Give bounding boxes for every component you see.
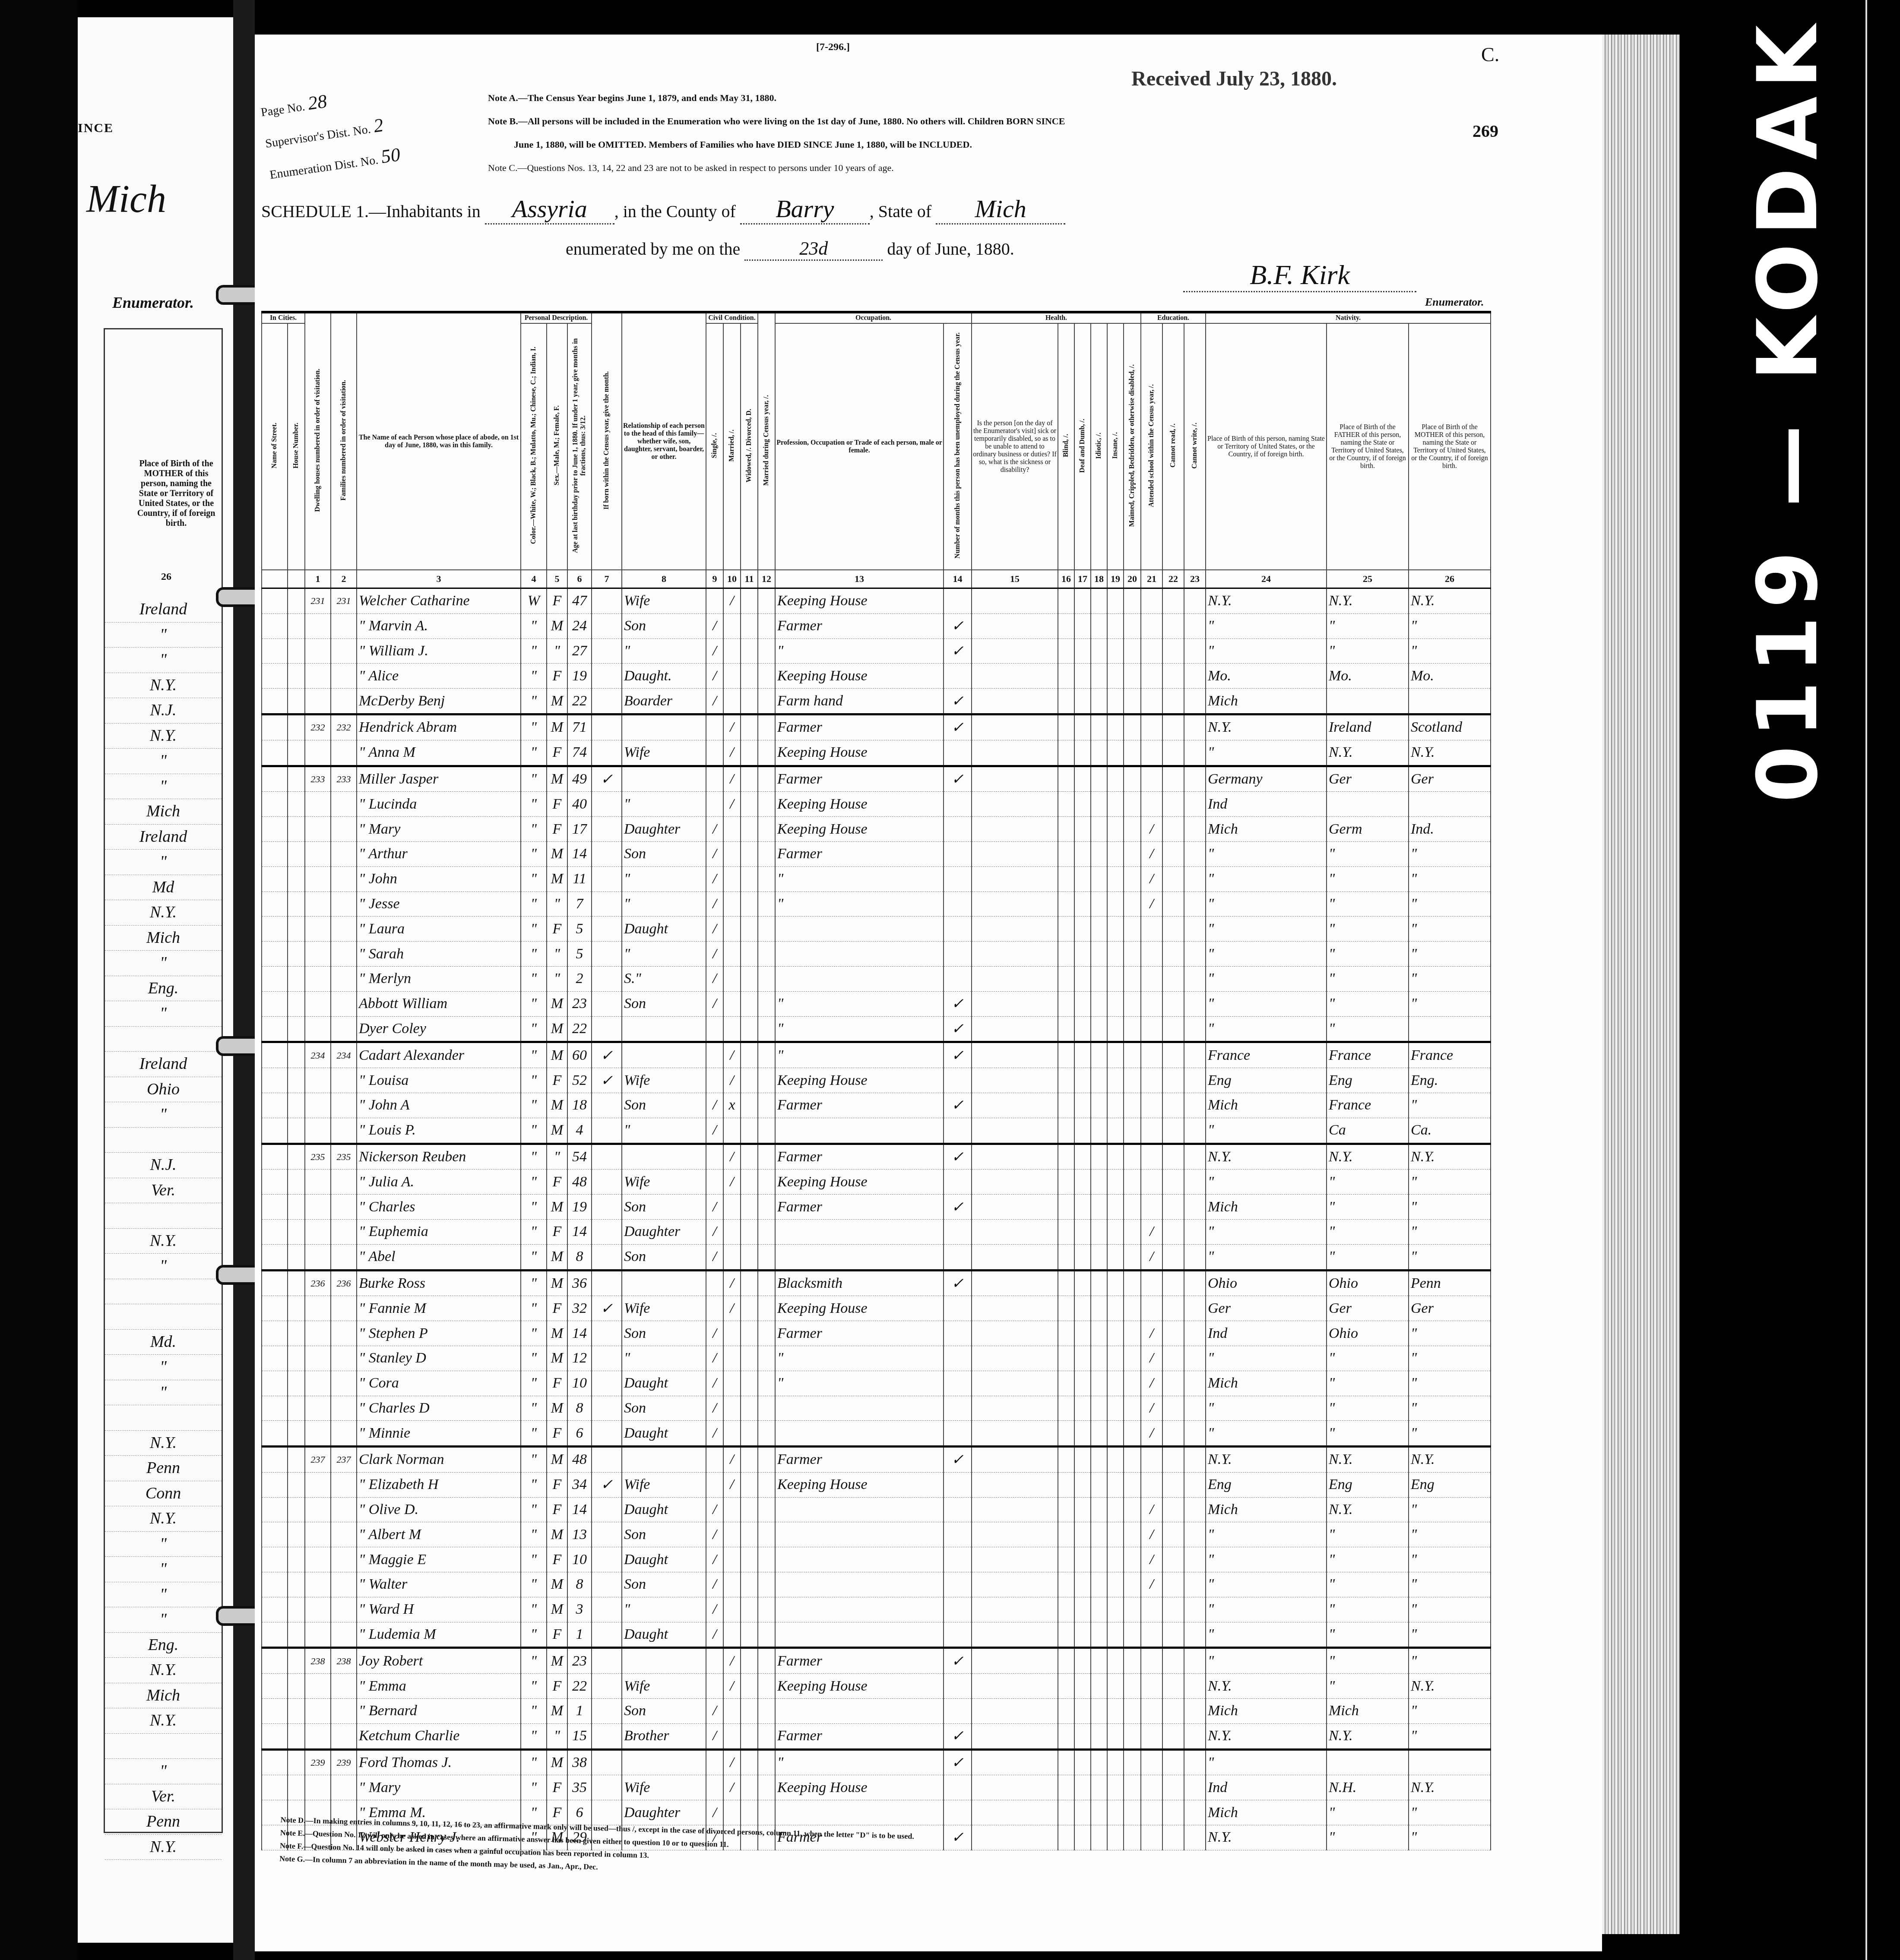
group-health: Health. bbox=[972, 312, 1141, 323]
cell-month: ✓ bbox=[592, 1042, 622, 1068]
cell-empty bbox=[1162, 1371, 1184, 1396]
supervisor-dist-value: 2 bbox=[372, 114, 385, 137]
cell-empty bbox=[758, 1195, 775, 1220]
cell-empty bbox=[1058, 1674, 1074, 1699]
cell-widowed bbox=[741, 1170, 758, 1195]
cell-occupation bbox=[775, 1219, 944, 1244]
col-birthplace-header: Place of Birth of this person, naming St… bbox=[1206, 323, 1327, 570]
cell-father: " bbox=[1327, 1421, 1409, 1447]
cell-dwelling bbox=[305, 1244, 331, 1270]
cell-sex: F bbox=[547, 1170, 567, 1195]
cell-empty bbox=[1107, 1699, 1124, 1724]
cell-widowed bbox=[741, 1244, 758, 1270]
cell-father: " bbox=[1327, 1622, 1409, 1648]
cell-empty bbox=[288, 917, 305, 942]
cell-occupation bbox=[775, 1597, 944, 1622]
cell-empty bbox=[1107, 1522, 1124, 1547]
cell-relation bbox=[622, 1144, 706, 1170]
cell-unemployed bbox=[944, 1421, 972, 1447]
cell-empty bbox=[972, 1321, 1058, 1346]
cell-single: / bbox=[706, 1597, 723, 1622]
cell-name: Burke Ross bbox=[357, 1270, 521, 1296]
cell-empty bbox=[1107, 588, 1124, 614]
cell-empty bbox=[1074, 1699, 1091, 1724]
cell-empty bbox=[972, 866, 1058, 891]
cell-father: " bbox=[1327, 866, 1409, 891]
cell-occupation bbox=[775, 1800, 944, 1825]
cell-empty bbox=[1124, 1749, 1141, 1775]
cell-empty bbox=[1124, 1648, 1141, 1674]
cell-single: / bbox=[706, 1800, 723, 1825]
cell-birth: " bbox=[1206, 740, 1327, 766]
cell-color: " bbox=[521, 664, 547, 689]
table-row: Ketchum Charlie""15Brother/Farmer✓N.Y.N.… bbox=[262, 1723, 1491, 1749]
table-row: " Louis P."M4"/"CaCa. bbox=[262, 1118, 1491, 1144]
cell-empty bbox=[288, 817, 305, 842]
cell-empty bbox=[1074, 1219, 1091, 1244]
cell-family: 238 bbox=[331, 1648, 357, 1674]
cell-family bbox=[331, 866, 357, 891]
cell-age: 60 bbox=[567, 1042, 592, 1068]
cell-school: / bbox=[1141, 1371, 1162, 1396]
cell-color: " bbox=[521, 1016, 547, 1042]
cell-empty bbox=[972, 1522, 1058, 1547]
cell-empty bbox=[1058, 1270, 1074, 1296]
table-row: Dyer Coley"M22"✓"" bbox=[262, 1016, 1491, 1042]
cell-empty bbox=[1058, 588, 1074, 614]
table-row: 236236Burke Ross"M36/Blacksmith✓OhioOhio… bbox=[262, 1270, 1491, 1296]
cell-empty bbox=[758, 766, 775, 792]
cell-empty bbox=[1074, 1800, 1091, 1825]
state-name: Mich bbox=[936, 194, 1065, 224]
cell-empty bbox=[1124, 1825, 1141, 1850]
cell-empty bbox=[1058, 942, 1074, 967]
cell-occupation: " bbox=[775, 866, 944, 891]
cell-empty bbox=[758, 664, 775, 689]
col-street-header: Name of Street. bbox=[262, 323, 288, 570]
cell-empty bbox=[1162, 664, 1184, 689]
table-row: " Louisa"F52✓Wife/Keeping HouseEngEngEng… bbox=[262, 1068, 1491, 1093]
cell-unemployed bbox=[944, 1296, 972, 1321]
cell-relation bbox=[622, 1042, 706, 1068]
cell-empty bbox=[1058, 766, 1074, 792]
cell-empty bbox=[1124, 817, 1141, 842]
cell-empty bbox=[1058, 1723, 1074, 1749]
cell-occupation: Farmer bbox=[775, 1447, 944, 1473]
cell-empty bbox=[1184, 1699, 1206, 1724]
cell-father: Germ bbox=[1327, 817, 1409, 842]
cell-empty bbox=[758, 1421, 775, 1447]
cell-empty bbox=[758, 966, 775, 991]
cell-month bbox=[592, 1497, 622, 1522]
left-page-cell: Mich bbox=[105, 799, 222, 825]
cell-dwelling: 232 bbox=[305, 714, 331, 740]
cell-school: / bbox=[1141, 1321, 1162, 1346]
cell-empty bbox=[1091, 1447, 1107, 1473]
cell-age: 52 bbox=[567, 1068, 592, 1093]
cell-month bbox=[592, 1118, 622, 1144]
cell-empty bbox=[288, 1723, 305, 1749]
cell-relation: Son bbox=[622, 1572, 706, 1597]
cell-relation: Son bbox=[622, 1699, 706, 1724]
cell-empty bbox=[1124, 792, 1141, 817]
cell-empty bbox=[1058, 1170, 1074, 1195]
cell-school bbox=[1141, 1800, 1162, 1825]
cell-empty bbox=[262, 1472, 288, 1497]
cell-empty bbox=[1091, 1497, 1107, 1522]
cell-father: " bbox=[1327, 1396, 1409, 1421]
cell-widowed bbox=[741, 1522, 758, 1547]
table-row: " Emma"F22Wife/Keeping HouseN.Y."N.Y. bbox=[262, 1674, 1491, 1699]
enumerator-label: Enumerator. bbox=[1425, 296, 1484, 309]
cell-sex: M bbox=[547, 1572, 567, 1597]
cell-empty bbox=[288, 1195, 305, 1220]
cell-single bbox=[706, 588, 723, 614]
cell-empty bbox=[288, 1270, 305, 1296]
cell-school bbox=[1141, 1699, 1162, 1724]
col-mother-birthplace-header: Place of Birth of the MOTHER of this per… bbox=[1409, 323, 1491, 570]
cell-sex: M bbox=[547, 1447, 567, 1473]
left-page-state: Mich bbox=[86, 177, 166, 221]
cell-empty bbox=[288, 1346, 305, 1371]
cell-empty bbox=[1058, 1572, 1074, 1597]
cell-empty bbox=[1091, 966, 1107, 991]
cell-empty bbox=[1091, 1648, 1107, 1674]
cell-married: / bbox=[723, 1068, 741, 1093]
col-father-birthplace-header: Place of Birth of the FATHER of this per… bbox=[1327, 323, 1409, 570]
cell-name: " Ludemia M bbox=[357, 1622, 521, 1648]
cell-empty bbox=[1058, 664, 1074, 689]
cell-empty bbox=[262, 991, 288, 1016]
cell-sex: M bbox=[547, 1699, 567, 1724]
column-number: 12 bbox=[758, 570, 775, 588]
cell-empty bbox=[1184, 1472, 1206, 1497]
cell-sex: F bbox=[547, 1472, 567, 1497]
cell-empty bbox=[1184, 1572, 1206, 1597]
cell-single: / bbox=[706, 613, 723, 639]
cell-empty bbox=[1074, 1749, 1091, 1775]
county-name: Barry bbox=[740, 194, 870, 224]
cell-empty bbox=[758, 1597, 775, 1622]
enumerator-signature: B.F. Kirk bbox=[1183, 259, 1416, 292]
cell-empty bbox=[972, 1597, 1058, 1622]
cell-name: Ford Thomas J. bbox=[357, 1749, 521, 1775]
cell-empty bbox=[972, 966, 1058, 991]
cell-empty bbox=[1124, 1244, 1141, 1270]
cell-empty bbox=[1162, 1447, 1184, 1473]
cell-mother bbox=[1409, 1016, 1491, 1042]
left-page-cell: Ver. bbox=[105, 1784, 222, 1810]
cell-color: " bbox=[521, 1346, 547, 1371]
cell-unemployed: ✓ bbox=[944, 1144, 972, 1170]
cell-empty bbox=[1058, 1547, 1074, 1572]
cell-dwelling bbox=[305, 1068, 331, 1093]
cell-empty bbox=[288, 1244, 305, 1270]
cell-age: 10 bbox=[567, 1547, 592, 1572]
cell-relation bbox=[622, 1016, 706, 1042]
cell-father: N.Y. bbox=[1327, 1144, 1409, 1170]
col-house-number-header: House Number. bbox=[288, 323, 305, 570]
cell-empty bbox=[262, 1522, 288, 1547]
cell-empty bbox=[1124, 613, 1141, 639]
cell-color: " bbox=[521, 1144, 547, 1170]
cell-sex: F bbox=[547, 664, 567, 689]
cell-unemployed: ✓ bbox=[944, 766, 972, 792]
table-row: " Stanley D"M12"/"/""" bbox=[262, 1346, 1491, 1371]
cell-school bbox=[1141, 991, 1162, 1016]
cell-family bbox=[331, 1244, 357, 1270]
cell-father: Ireland bbox=[1327, 714, 1409, 740]
column-number: 23 bbox=[1184, 570, 1206, 588]
cell-relation: Daught bbox=[622, 1421, 706, 1447]
cell-empty bbox=[1058, 1749, 1074, 1775]
cell-name: Dyer Coley bbox=[357, 1016, 521, 1042]
cell-empty bbox=[1107, 1321, 1124, 1346]
table-row: " Mary"F35Wife/Keeping HouseIndN.H.N.Y. bbox=[262, 1775, 1491, 1800]
cell-empty bbox=[1074, 1447, 1091, 1473]
cell-widowed bbox=[741, 1749, 758, 1775]
cell-single: / bbox=[706, 1093, 723, 1118]
column-number: 19 bbox=[1107, 570, 1124, 588]
cell-sex: F bbox=[547, 740, 567, 766]
cell-month bbox=[592, 1195, 622, 1220]
cell-empty bbox=[1184, 1597, 1206, 1622]
cell-empty bbox=[262, 1622, 288, 1648]
cell-empty bbox=[1124, 1674, 1141, 1699]
cell-widowed bbox=[741, 1346, 758, 1371]
cell-color: " bbox=[521, 1068, 547, 1093]
cell-dwelling bbox=[305, 664, 331, 689]
census-body: 1234567891011121314151617181920212223242… bbox=[262, 570, 1491, 1850]
cell-father: " bbox=[1327, 891, 1409, 917]
cell-empty bbox=[1124, 1572, 1141, 1597]
cell-empty bbox=[262, 1042, 288, 1068]
cell-month bbox=[592, 1170, 622, 1195]
cell-occupation: Farmer bbox=[775, 1648, 944, 1674]
cell-empty bbox=[1058, 1244, 1074, 1270]
cell-empty bbox=[1162, 1296, 1184, 1321]
cell-school bbox=[1141, 1749, 1162, 1775]
column-number: 11 bbox=[741, 570, 758, 588]
cell-color: " bbox=[521, 1421, 547, 1447]
column-number: 22 bbox=[1162, 570, 1184, 588]
film-edge-line bbox=[1865, 0, 1867, 1960]
cell-age: 3 bbox=[567, 1597, 592, 1622]
cell-empty bbox=[262, 1346, 288, 1371]
cell-empty bbox=[1107, 1749, 1124, 1775]
cell-widowed bbox=[741, 639, 758, 664]
cell-unemployed bbox=[944, 942, 972, 967]
cell-single bbox=[706, 1648, 723, 1674]
cell-father: N.Y. bbox=[1327, 1723, 1409, 1749]
left-page-cell: " bbox=[105, 774, 222, 800]
cell-relation: Wife bbox=[622, 588, 706, 614]
cell-empty bbox=[1091, 1674, 1107, 1699]
column-number bbox=[262, 570, 288, 588]
cell-empty bbox=[1091, 1723, 1107, 1749]
cell-unemployed bbox=[944, 1371, 972, 1396]
cell-empty bbox=[1124, 1622, 1141, 1648]
cell-empty bbox=[1074, 639, 1091, 664]
cell-empty bbox=[1058, 1219, 1074, 1244]
cell-widowed bbox=[741, 792, 758, 817]
cell-age: 15 bbox=[567, 1723, 592, 1749]
cell-birth: " bbox=[1206, 1547, 1327, 1572]
cell-mother: " bbox=[1409, 1371, 1491, 1396]
cell-birth: Germany bbox=[1206, 766, 1327, 792]
cell-empty bbox=[1124, 1219, 1141, 1244]
column-number: 5 bbox=[547, 570, 567, 588]
cell-empty bbox=[1074, 942, 1091, 967]
cell-empty bbox=[1074, 917, 1091, 942]
cell-empty bbox=[262, 817, 288, 842]
table-row: " Olive D."F14Daught//MichN.Y." bbox=[262, 1497, 1491, 1522]
left-page-cell: " bbox=[105, 951, 222, 976]
cell-mother: Mo. bbox=[1409, 664, 1491, 689]
cell-unemployed bbox=[944, 1321, 972, 1346]
left-page-cell: N.Y. bbox=[105, 1835, 222, 1860]
cell-empty bbox=[1184, 714, 1206, 740]
cell-empty bbox=[1091, 766, 1107, 792]
cell-empty bbox=[972, 1219, 1058, 1244]
cell-color: " bbox=[521, 1396, 547, 1421]
cell-name: " Louisa bbox=[357, 1068, 521, 1093]
cell-father: " bbox=[1327, 966, 1409, 991]
cell-empty bbox=[1184, 1016, 1206, 1042]
cell-empty bbox=[1184, 1321, 1206, 1346]
cell-married: / bbox=[723, 1648, 741, 1674]
cell-month bbox=[592, 1749, 622, 1775]
cell-occupation: Keeping House bbox=[775, 740, 944, 766]
cell-empty bbox=[262, 740, 288, 766]
cell-empty bbox=[1124, 714, 1141, 740]
cell-occupation: Farm hand bbox=[775, 689, 944, 714]
cell-occupation: " bbox=[775, 1346, 944, 1371]
cell-color: " bbox=[521, 942, 547, 967]
cell-empty bbox=[1107, 664, 1124, 689]
cell-empty bbox=[1107, 1825, 1124, 1850]
cell-relation: Wife bbox=[622, 1068, 706, 1093]
cell-empty bbox=[758, 1472, 775, 1497]
cell-empty bbox=[1162, 792, 1184, 817]
cell-school bbox=[1141, 639, 1162, 664]
cell-color: " bbox=[521, 1648, 547, 1674]
cell-family bbox=[331, 1396, 357, 1421]
cell-name: " Stephen P bbox=[357, 1321, 521, 1346]
cell-widowed bbox=[741, 664, 758, 689]
cell-month bbox=[592, 817, 622, 842]
cell-widowed bbox=[741, 1016, 758, 1042]
cell-empty bbox=[1124, 866, 1141, 891]
left-page-cell bbox=[105, 1279, 222, 1305]
cell-name: Joy Robert bbox=[357, 1648, 521, 1674]
cell-empty bbox=[1107, 1195, 1124, 1220]
cell-empty bbox=[1058, 1648, 1074, 1674]
cell-married bbox=[723, 1597, 741, 1622]
cell-single bbox=[706, 1144, 723, 1170]
cell-name: " Olive D. bbox=[357, 1497, 521, 1522]
cell-father: " bbox=[1327, 1371, 1409, 1396]
cell-unemployed bbox=[944, 1597, 972, 1622]
cell-family bbox=[331, 817, 357, 842]
cell-school: / bbox=[1141, 1244, 1162, 1270]
cell-empty bbox=[1162, 1016, 1184, 1042]
cell-empty bbox=[288, 1699, 305, 1724]
cell-single: / bbox=[706, 1421, 723, 1447]
cell-sex: " bbox=[547, 1723, 567, 1749]
cell-color: " bbox=[521, 1195, 547, 1220]
cell-empty bbox=[1162, 1042, 1184, 1068]
cell-month bbox=[592, 1775, 622, 1800]
cell-occupation: " bbox=[775, 891, 944, 917]
table-row: " Albert M"M13Son//""" bbox=[262, 1522, 1491, 1547]
enumeration-label: Enumeration Dist. No. bbox=[269, 153, 379, 182]
left-facing-page: INCE Mich Enumerator. Place of Birth of … bbox=[78, 17, 233, 1943]
cell-empty bbox=[758, 1622, 775, 1648]
cell-sex: F bbox=[547, 1219, 567, 1244]
cell-married bbox=[723, 866, 741, 891]
cell-empty bbox=[972, 1572, 1058, 1597]
cell-empty bbox=[1091, 991, 1107, 1016]
cell-empty bbox=[1107, 1042, 1124, 1068]
cell-school bbox=[1141, 966, 1162, 991]
cell-occupation: " bbox=[775, 1749, 944, 1775]
left-page-cell: " bbox=[105, 623, 222, 648]
cell-unemployed bbox=[944, 1244, 972, 1270]
cell-birth: Ind bbox=[1206, 792, 1327, 817]
cell-sex: M bbox=[547, 991, 567, 1016]
cell-school bbox=[1141, 1597, 1162, 1622]
cell-unemployed bbox=[944, 917, 972, 942]
cell-age: 48 bbox=[567, 1447, 592, 1473]
cell-empty bbox=[1074, 1093, 1091, 1118]
cell-school bbox=[1141, 714, 1162, 740]
cell-empty bbox=[1074, 1321, 1091, 1346]
cell-sex: F bbox=[547, 1296, 567, 1321]
cell-school: / bbox=[1141, 1572, 1162, 1597]
cell-empty bbox=[1091, 1219, 1107, 1244]
cell-married bbox=[723, 966, 741, 991]
cell-school bbox=[1141, 613, 1162, 639]
cell-unemployed: ✓ bbox=[944, 1749, 972, 1775]
cell-dwelling: 234 bbox=[305, 1042, 331, 1068]
cell-birth: " bbox=[1206, 1346, 1327, 1371]
cell-empty bbox=[262, 613, 288, 639]
cell-school: / bbox=[1141, 1346, 1162, 1371]
cell-widowed bbox=[741, 817, 758, 842]
cell-birth: " bbox=[1206, 613, 1327, 639]
cell-empty bbox=[1184, 1547, 1206, 1572]
left-page-cell: N.Y. bbox=[105, 724, 222, 749]
cell-empty bbox=[1107, 991, 1124, 1016]
left-page-cell: Md. bbox=[105, 1330, 222, 1355]
cell-age: 12 bbox=[567, 1346, 592, 1371]
cell-empty bbox=[1184, 1522, 1206, 1547]
left-page-cell: Ohio bbox=[105, 1077, 222, 1103]
cell-occupation: Farmer bbox=[775, 841, 944, 866]
cell-empty bbox=[972, 714, 1058, 740]
cell-empty bbox=[1107, 1572, 1124, 1597]
cell-unemployed bbox=[944, 1547, 972, 1572]
cell-school bbox=[1141, 1270, 1162, 1296]
cell-empty bbox=[262, 1723, 288, 1749]
cell-family bbox=[331, 1371, 357, 1396]
cell-empty bbox=[262, 1144, 288, 1170]
cell-empty bbox=[262, 1775, 288, 1800]
cell-month bbox=[592, 891, 622, 917]
col-family-header: Families numbered in order of visitation… bbox=[331, 312, 357, 570]
cell-empty bbox=[1162, 1522, 1184, 1547]
